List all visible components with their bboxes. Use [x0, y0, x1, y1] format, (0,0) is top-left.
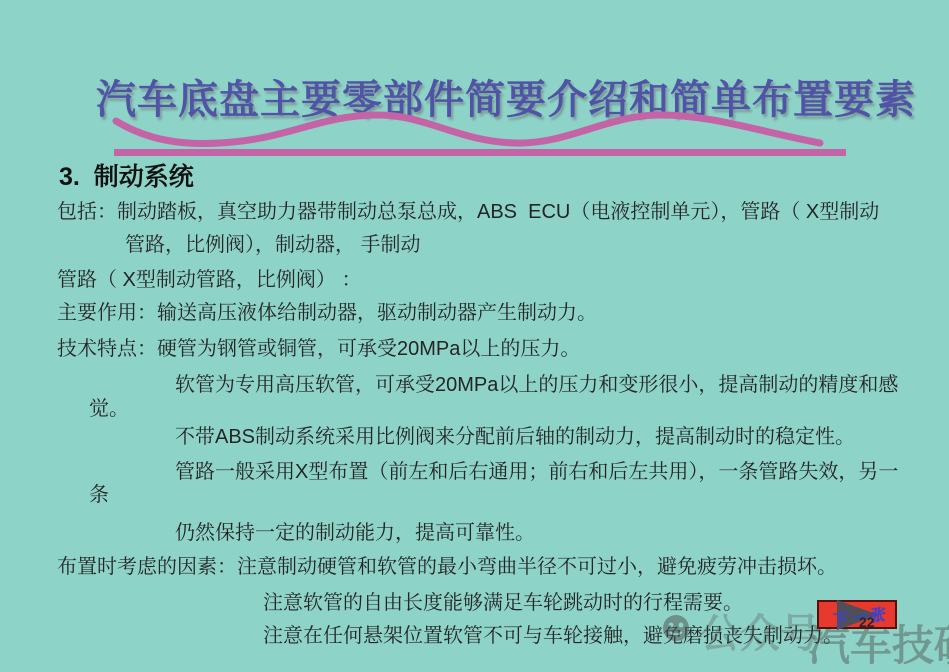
slide-canvas: 汽车底盘主要零部件简要介绍和简单布置要素 3. 制动系统 包括：制动踏板，真空助… — [0, 0, 949, 672]
body-line: 条 — [89, 484, 109, 507]
body-line: 觉。 — [89, 398, 129, 421]
body-line: 仍然保持一定的制动能力，提高可靠性。 — [175, 522, 535, 545]
body-line: 不带ABS制动系统采用比例阀来分配前后轴的制动力，提高制动时的稳定性。 — [175, 426, 855, 449]
body-line: 布置时考虑的因素：注意制动硬管和软管的最小弯曲半径不可过小，避免疲劳冲击损坏。 — [57, 556, 837, 579]
body-line: 管路，比例阀），制动器， 手制动 — [125, 234, 421, 257]
watermark-account-label: 公众号 — [700, 602, 820, 659]
body-line: 管路一般采用X型布置（前左和后右通用；前右和后左共用），一条管路失效，另一 — [175, 461, 898, 484]
watermark-smiley-icon — [661, 613, 691, 643]
next-slide-button[interactable]: 下一张 22 — [817, 600, 897, 629]
wavy-underline-icon — [112, 109, 824, 153]
underline-bar — [114, 149, 846, 156]
body-line: 管路（ X型制动管路，比例阀） ： — [57, 269, 361, 292]
body-line: 主要作用：输送高压液体给制动器，驱动制动器产生制动力。 — [57, 302, 597, 325]
body-line: 技术特点：硬管为钢管或铜管，可承受20MPa以上的压力。 — [57, 338, 580, 361]
body-line: 注意软管的自由长度能够满足车轮跳动时的行程需要。 — [263, 592, 743, 615]
body-line: 软管为专用高压软管，可承受20MPa以上的压力和变形很小，提高制动的精度和感 — [175, 374, 898, 397]
slide-number: 22 — [859, 614, 875, 630]
body-line: 包括：制动踏板，真空助力器带制动总泵总成，ABS ECU（电液控制单元），管路（… — [57, 201, 879, 224]
section-heading: 3. 制动系统 — [59, 157, 194, 193]
